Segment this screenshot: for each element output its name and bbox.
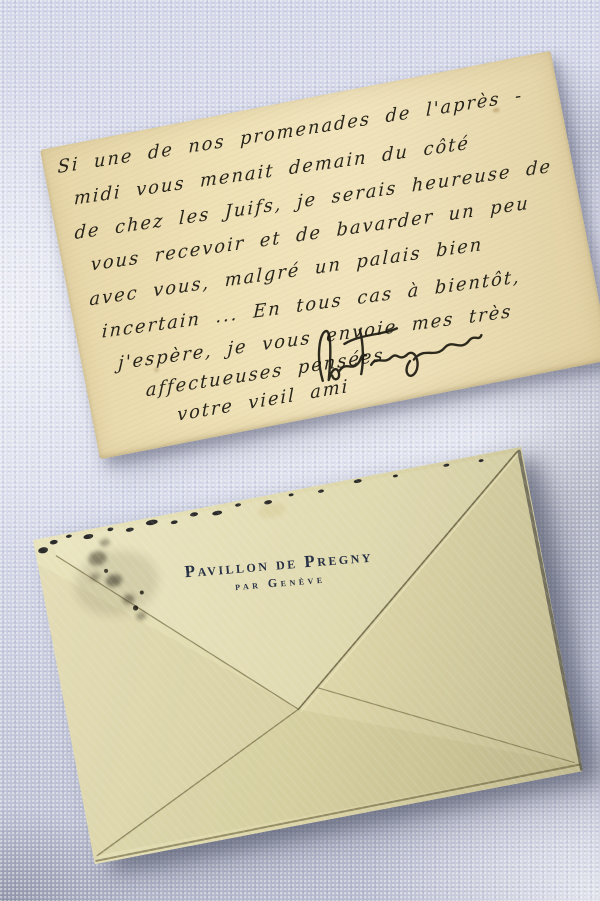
handwriting-line: vous recevoir et de bavarder un peu	[90, 193, 530, 276]
handwriting-line: incertain ... En tous cas à bientôt,	[101, 266, 521, 342]
handwriting-line: midi vous menait demain du côté	[74, 133, 471, 210]
foxing-spot	[154, 367, 160, 372]
foxing-spot	[492, 108, 500, 113]
return-address-line2: par Genève	[140, 564, 420, 602]
photograph: Si une de nos promenades de l'après - mi…	[0, 0, 600, 901]
handwriting-line: de chez les Juifs, je serais heureuse de	[74, 156, 552, 244]
envelope-return-address: Pavillon de Pregny par Genève	[138, 543, 420, 602]
handwriting-line: j'espère, je vous envoie mes très	[118, 301, 513, 374]
handwriting-line: affectueuses pensées	[146, 344, 385, 401]
handwriting-line: avec vous, malgré un palais bien	[89, 234, 483, 311]
return-address-line1: Pavillon de Pregny	[138, 543, 419, 586]
signature-flourish	[306, 301, 488, 394]
